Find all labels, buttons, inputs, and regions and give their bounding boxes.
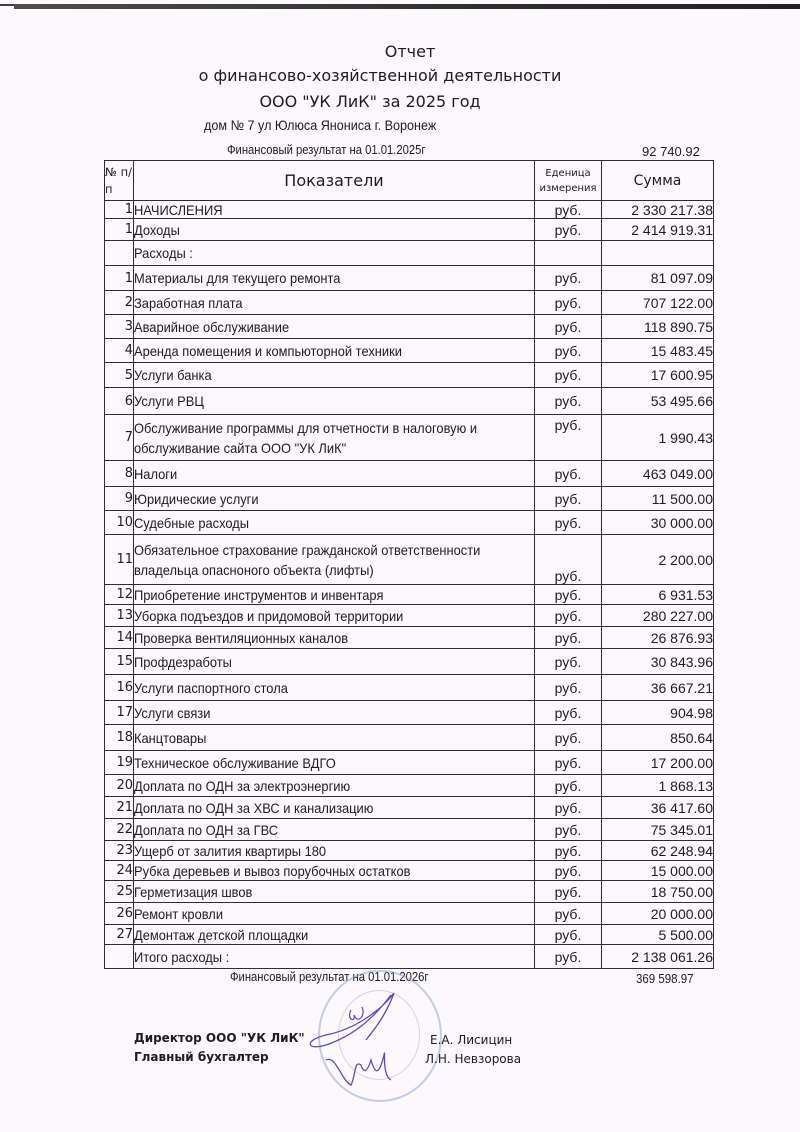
row-unit: руб. xyxy=(535,219,602,241)
row-sum: 30 000.00 xyxy=(602,511,714,535)
row-name: Услуги банка xyxy=(134,363,535,388)
table-row: 27Демонтаж детской площадкируб.5 500.00 xyxy=(105,925,714,945)
row-sum: 36 667.21 xyxy=(602,675,714,701)
report-subtitle: о финансово-хозяйственной деятельности xyxy=(0,66,780,85)
row-name: Профдезработы xyxy=(134,649,535,675)
row-sum: 1 990.43 xyxy=(602,415,714,461)
row-name: Аренда помещения и компьюторной техники xyxy=(134,339,535,363)
total-unit: руб. xyxy=(535,945,602,969)
table-row-income: 1 Доходы руб. 2 414 919.31 xyxy=(105,219,714,241)
row-sum: 11 500.00 xyxy=(602,487,714,511)
row-sum: 118 890.75 xyxy=(602,315,714,339)
table-row: 2Заработная платаруб.707 122.00 xyxy=(105,291,714,315)
table-row: 14Проверка вентиляционных каналовруб.26 … xyxy=(105,627,714,649)
table-row: 23Ущерб от залития квартиры 180руб.62 24… xyxy=(105,841,714,861)
row-num: 22 xyxy=(105,819,134,841)
row-name: Юридические услуги xyxy=(134,487,535,511)
row-name: Канцтовары xyxy=(134,725,535,751)
row-name: Аварийное обслуживание xyxy=(134,315,535,339)
row-unit: руб. xyxy=(535,585,602,605)
row-num: 12 xyxy=(105,585,134,605)
row-unit: руб. xyxy=(535,511,602,535)
row-sum: 17 200.00 xyxy=(602,751,714,775)
table-row: 26Ремонт кровлируб.20 000.00 xyxy=(105,903,714,925)
table-row-accruals: 1 НАЧИСЛЕНИЯ руб. 2 330 217.38 xyxy=(105,201,714,219)
signature-image xyxy=(296,985,446,1095)
row-num: 15 xyxy=(105,649,134,675)
table-row: 13Уборка подъездов и придомовой территор… xyxy=(105,605,714,627)
row-unit: руб. xyxy=(535,363,602,388)
row-name: Обязательное страхование гражданской отв… xyxy=(134,535,535,585)
row-num: 7 xyxy=(105,415,134,461)
row-num: 9 xyxy=(105,487,134,511)
table-row: 25Герметизация швовруб.18 750.00 xyxy=(105,881,714,903)
row-sum: 62 248.94 xyxy=(602,841,714,861)
table-row: 8Налогируб.463 049.00 xyxy=(105,461,714,487)
financial-result-start-value: 92 740.92 xyxy=(642,144,700,159)
row-sum: 2 414 919.31 xyxy=(602,219,714,241)
row-sum: 30 843.96 xyxy=(602,649,714,675)
total-label: Итого расходы : xyxy=(134,945,535,969)
row-num: 13 xyxy=(105,605,134,627)
scan-edge xyxy=(14,4,800,9)
row-sum: 17 600.95 xyxy=(602,363,714,388)
row-name: Техническое обслуживание ВДГО xyxy=(134,751,535,775)
row-sum: 75 345.01 xyxy=(602,819,714,841)
row-num: 20 xyxy=(105,775,134,797)
row-unit: руб. xyxy=(535,388,602,415)
row-num: 1 xyxy=(105,219,134,241)
row-unit: руб. xyxy=(535,861,602,881)
row-unit: руб. xyxy=(535,797,602,819)
row-unit: руб. xyxy=(535,903,602,925)
row-sum: 463 049.00 xyxy=(602,461,714,487)
row-sum: 850.64 xyxy=(602,725,714,751)
table-row: 6Услуги РВЦруб.53 495.66 xyxy=(105,388,714,415)
table-row: 17Услуги связируб.904.98 xyxy=(105,701,714,725)
row-unit: руб. xyxy=(535,925,602,945)
row-unit: руб. xyxy=(535,339,602,363)
table-row: 22Доплата по ОДН за ГВСруб.75 345.01 xyxy=(105,819,714,841)
row-unit: руб. xyxy=(535,819,602,841)
row-sum: 15 483.45 xyxy=(602,339,714,363)
row-name: Герметизация швов xyxy=(134,881,535,903)
row-num: 11 xyxy=(105,535,134,585)
report-title: Отчет xyxy=(10,42,800,61)
row-unit: руб. xyxy=(535,627,602,649)
table-row: 16Услуги паспортного столаруб.36 667.21 xyxy=(105,675,714,701)
table-row: 20Доплата по ОДН за электроэнергиюруб.1 … xyxy=(105,775,714,797)
row-sum: 280 227.00 xyxy=(602,605,714,627)
row-name: Доплата по ОДН за ХВС и канализацию xyxy=(134,797,535,819)
row-name: Ремонт кровли xyxy=(134,903,535,925)
row-unit: руб. xyxy=(535,201,602,219)
company-year: ООО "УК ЛиК" за 2025 год xyxy=(0,92,770,111)
row-unit: руб. xyxy=(535,649,602,675)
row-sum: 26 876.93 xyxy=(602,627,714,649)
row-name: Уборка подъездов и придомовой территории xyxy=(134,605,535,627)
row-num: 25 xyxy=(105,881,134,903)
table-row: 3Аварийное обслуживаниеруб.118 890.75 xyxy=(105,315,714,339)
table-row: 7Обслуживание программы для отчетности в… xyxy=(105,415,714,461)
table-row-total: Итого расходы : руб. 2 138 061.26 xyxy=(105,945,714,969)
accountant-title: Главный бухгалтер xyxy=(134,1050,269,1064)
table-row: 5Услуги банкаруб.17 600.95 xyxy=(105,363,714,388)
table-row: 1Материалы для текущего ремонтаруб.81 09… xyxy=(105,266,714,291)
header-name: Показатели xyxy=(134,161,535,201)
row-sum: 53 495.66 xyxy=(602,388,714,415)
row-unit: руб. xyxy=(535,461,602,487)
row-name: Заработная плата xyxy=(134,291,535,315)
row-unit: руб. xyxy=(535,535,602,585)
row-name: Доходы xyxy=(134,219,535,241)
expenses-header: Расходы : xyxy=(134,241,535,266)
row-sum: 1 868.13 xyxy=(602,775,714,797)
row-num: 6 xyxy=(105,388,134,415)
row-name: НАЧИСЛЕНИЯ xyxy=(134,201,535,219)
table-row: 9Юридические услугируб.11 500.00 xyxy=(105,487,714,511)
financial-result-end-value: 369 598.97 xyxy=(636,972,694,986)
row-sum: 81 097.09 xyxy=(602,266,714,291)
row-num: 19 xyxy=(105,751,134,775)
row-name: Демонтаж детской площадки xyxy=(134,925,535,945)
table-header-row: № п/п Показатели Еденица измерения Сумма xyxy=(105,161,714,201)
table-row: 4Аренда помещения и компьюторной техники… xyxy=(105,339,714,363)
row-sum: 6 931.53 xyxy=(602,585,714,605)
table-row: 24Рубка деревьев и вывоз порубочных оста… xyxy=(105,861,714,881)
row-unit: руб. xyxy=(535,266,602,291)
row-num: 14 xyxy=(105,627,134,649)
row-num: 27 xyxy=(105,925,134,945)
row-unit: руб. xyxy=(535,675,602,701)
row-name: Ущерб от залития квартиры 180 xyxy=(134,841,535,861)
row-sum: 2 330 217.38 xyxy=(602,201,714,219)
row-sum: 2 200.00 xyxy=(602,535,714,585)
row-num: 10 xyxy=(105,511,134,535)
row-name: Обслуживание программы для отчетности в … xyxy=(134,415,535,461)
row-unit: руб. xyxy=(535,605,602,627)
row-num: 1 xyxy=(105,266,134,291)
row-num: 8 xyxy=(105,461,134,487)
address: дом № 7 ул Юлюса Янониса г. Воронеж xyxy=(204,117,436,133)
row-sum: 18 750.00 xyxy=(602,881,714,903)
row-num: 24 xyxy=(105,861,134,881)
header-num: № п/п xyxy=(105,161,134,201)
row-sum: 36 417.60 xyxy=(602,797,714,819)
row-num: 2 xyxy=(105,291,134,315)
row-num: 16 xyxy=(105,675,134,701)
row-num: 21 xyxy=(105,797,134,819)
row-unit: руб. xyxy=(535,841,602,861)
row-unit: руб. xyxy=(535,415,602,461)
director-name: Е.А. Лисицин xyxy=(430,1033,512,1047)
row-num: 5 xyxy=(105,363,134,388)
row-name: Услуги РВЦ xyxy=(134,388,535,415)
row-name: Судебные расходы xyxy=(134,511,535,535)
row-name: Услуги паспортного стола xyxy=(134,675,535,701)
row-unit: руб. xyxy=(535,881,602,903)
row-unit: руб. xyxy=(535,775,602,797)
row-name: Рубка деревьев и вывоз порубочных остатк… xyxy=(134,861,535,881)
director-title: Директор ООО "УК ЛиК" xyxy=(134,1031,305,1045)
table-row: 19Техническое обслуживание ВДГОруб.17 20… xyxy=(105,751,714,775)
financial-result-start-label: Финансовый результат на 01.01.2025г xyxy=(227,143,426,157)
row-unit: руб. xyxy=(535,291,602,315)
header-sum: Сумма xyxy=(602,161,714,201)
table-row: 10Судебные расходыруб.30 000.00 xyxy=(105,511,714,535)
row-num: 18 xyxy=(105,725,134,751)
row-unit: руб. xyxy=(535,751,602,775)
row-num: 26 xyxy=(105,903,134,925)
row-num: 17 xyxy=(105,701,134,725)
header-unit: Еденица измерения xyxy=(535,161,602,201)
row-unit: руб. xyxy=(535,725,602,751)
row-name: Услуги связи xyxy=(134,701,535,725)
table-row-expenses-header: Расходы : xyxy=(105,241,714,266)
row-sum: 15 000.00 xyxy=(602,861,714,881)
table-row: 11Обязательное страхование гражданской о… xyxy=(105,535,714,585)
table-row: 15Профдезработыруб.30 843.96 xyxy=(105,649,714,675)
row-num: 1 xyxy=(105,201,134,219)
row-sum: 707 122.00 xyxy=(602,291,714,315)
row-sum: 904.98 xyxy=(602,701,714,725)
row-unit: руб. xyxy=(535,487,602,511)
table-row: 21Доплата по ОДН за ХВС и канализациюруб… xyxy=(105,797,714,819)
row-num: 4 xyxy=(105,339,134,363)
table-row: 18Канцтоварыруб.850.64 xyxy=(105,725,714,751)
row-num: 3 xyxy=(105,315,134,339)
row-name: Налоги xyxy=(134,461,535,487)
row-unit: руб. xyxy=(535,315,602,339)
accountant-name: Л.Н. Невзорова xyxy=(425,1052,521,1066)
row-name: Доплата по ОДН за ГВС xyxy=(134,819,535,841)
total-sum: 2 138 061.26 xyxy=(602,945,714,969)
row-name: Приобретение инструментов и инвентаря xyxy=(134,585,535,605)
row-name: Доплата по ОДН за электроэнергию xyxy=(134,775,535,797)
report-table: № п/п Показатели Еденица измерения Сумма… xyxy=(104,160,714,969)
row-num: 23 xyxy=(105,841,134,861)
row-sum: 5 500.00 xyxy=(602,925,714,945)
row-name: Проверка вентиляционных каналов xyxy=(134,627,535,649)
table-row: 12Приобретение инструментов и инвентаряр… xyxy=(105,585,714,605)
row-unit: руб. xyxy=(535,701,602,725)
row-name: Материалы для текущего ремонта xyxy=(134,266,535,291)
row-sum: 20 000.00 xyxy=(602,903,714,925)
